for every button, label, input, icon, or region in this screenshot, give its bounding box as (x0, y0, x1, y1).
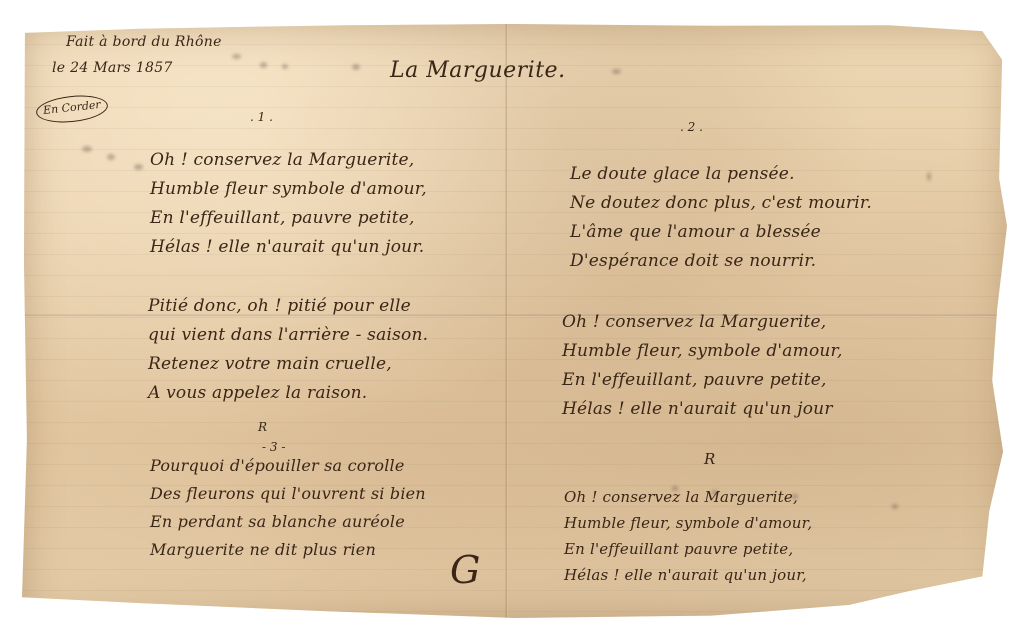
verse-line: Humble fleur, symbole d'amour, (564, 510, 812, 536)
ink-blot (612, 69, 621, 74)
verse-line: Hélas ! elle n'aurait qu'un jour (562, 395, 843, 424)
stanza-1: Oh ! conservez la Marguerite, Humble fle… (150, 146, 427, 262)
header-note-location: Fait à bord du Rhône (66, 34, 222, 50)
verse-line: En l'effeuillant pauvre petite, (564, 536, 812, 562)
verse-line: Des fleurons qui l'ouvrent si bien (150, 480, 426, 508)
verse-line: En perdant sa blanche auréole (150, 508, 426, 536)
ink-blot (352, 64, 360, 70)
verse-line: Oh ! conservez la Marguerite, (564, 484, 812, 510)
stanza-number: . 2 . (680, 120, 703, 134)
refrain-mark: R (258, 420, 267, 434)
vertical-fold-crease (505, 24, 508, 618)
stanza-2: Le doute glace la pensée. Ne doutez donc… (570, 160, 872, 276)
verse-line: A vous appelez la raison. (148, 379, 428, 408)
verse-line: Pitié donc, oh ! pitié pour elle (148, 292, 428, 321)
document-title: La Marguerite. (390, 58, 566, 83)
aged-paper-sheet: Fait à bord du Rhône le 24 Mars 1857 En … (22, 24, 1007, 618)
ink-blot (82, 146, 92, 152)
verse-line: Hélas ! elle n'aurait qu'un jour. (150, 233, 427, 262)
verse-line: qui vient dans l'arrière - saison. (148, 321, 428, 350)
ink-blot (927, 172, 931, 181)
signature-flourish: G (450, 548, 480, 592)
verse-line: Humble fleur, symbole d'amour, (562, 337, 843, 366)
verse-line: Oh ! conservez la Marguerite, (150, 146, 427, 175)
refrain-2: Oh ! conservez la Marguerite, Humble fle… (564, 484, 812, 588)
verse-line: Humble fleur symbole d'amour, (150, 175, 427, 204)
verse-line: D'espérance doit se nourrir. (570, 247, 872, 276)
verse-line: Pourquoi d'épouiller sa corolle (150, 452, 426, 480)
verse-line: En l'effeuillant, pauvre petite, (562, 366, 843, 395)
verse-line: Hélas ! elle n'aurait qu'un jour, (564, 562, 812, 588)
verse-line: En l'effeuillant, pauvre petite, (150, 204, 427, 233)
verse-line: L'âme que l'amour a blessée (570, 218, 872, 247)
header-note-date: le 24 Mars 1857 (52, 60, 173, 76)
refrain-mark: R (704, 450, 715, 468)
ink-blot (282, 64, 288, 69)
verse-line: Oh ! conservez la Marguerite, (562, 308, 843, 337)
ink-blot (232, 54, 241, 59)
verse-line: Le doute glace la pensée. (570, 160, 872, 189)
ink-blot (892, 504, 898, 509)
stanza-3: Pourquoi d'épouiller sa corolle Des fleu… (150, 452, 426, 564)
ink-blot (107, 154, 115, 160)
refrain-1: Oh ! conservez la Marguerite, Humble fle… (562, 308, 843, 424)
stanza-1b: Pitié donc, oh ! pitié pour elle qui vie… (148, 292, 428, 408)
verse-line: Ne doutez donc plus, c'est mourir. (570, 189, 872, 218)
stanza-number: . 1 . (250, 110, 273, 124)
ink-blot (260, 62, 267, 68)
verse-line: Marguerite ne dit plus rien (150, 536, 426, 564)
ink-blot (134, 164, 143, 170)
manuscript-scan: Fait à bord du Rhône le 24 Mars 1857 En … (0, 0, 1024, 633)
verse-line: Retenez votre main cruelle, (148, 350, 428, 379)
